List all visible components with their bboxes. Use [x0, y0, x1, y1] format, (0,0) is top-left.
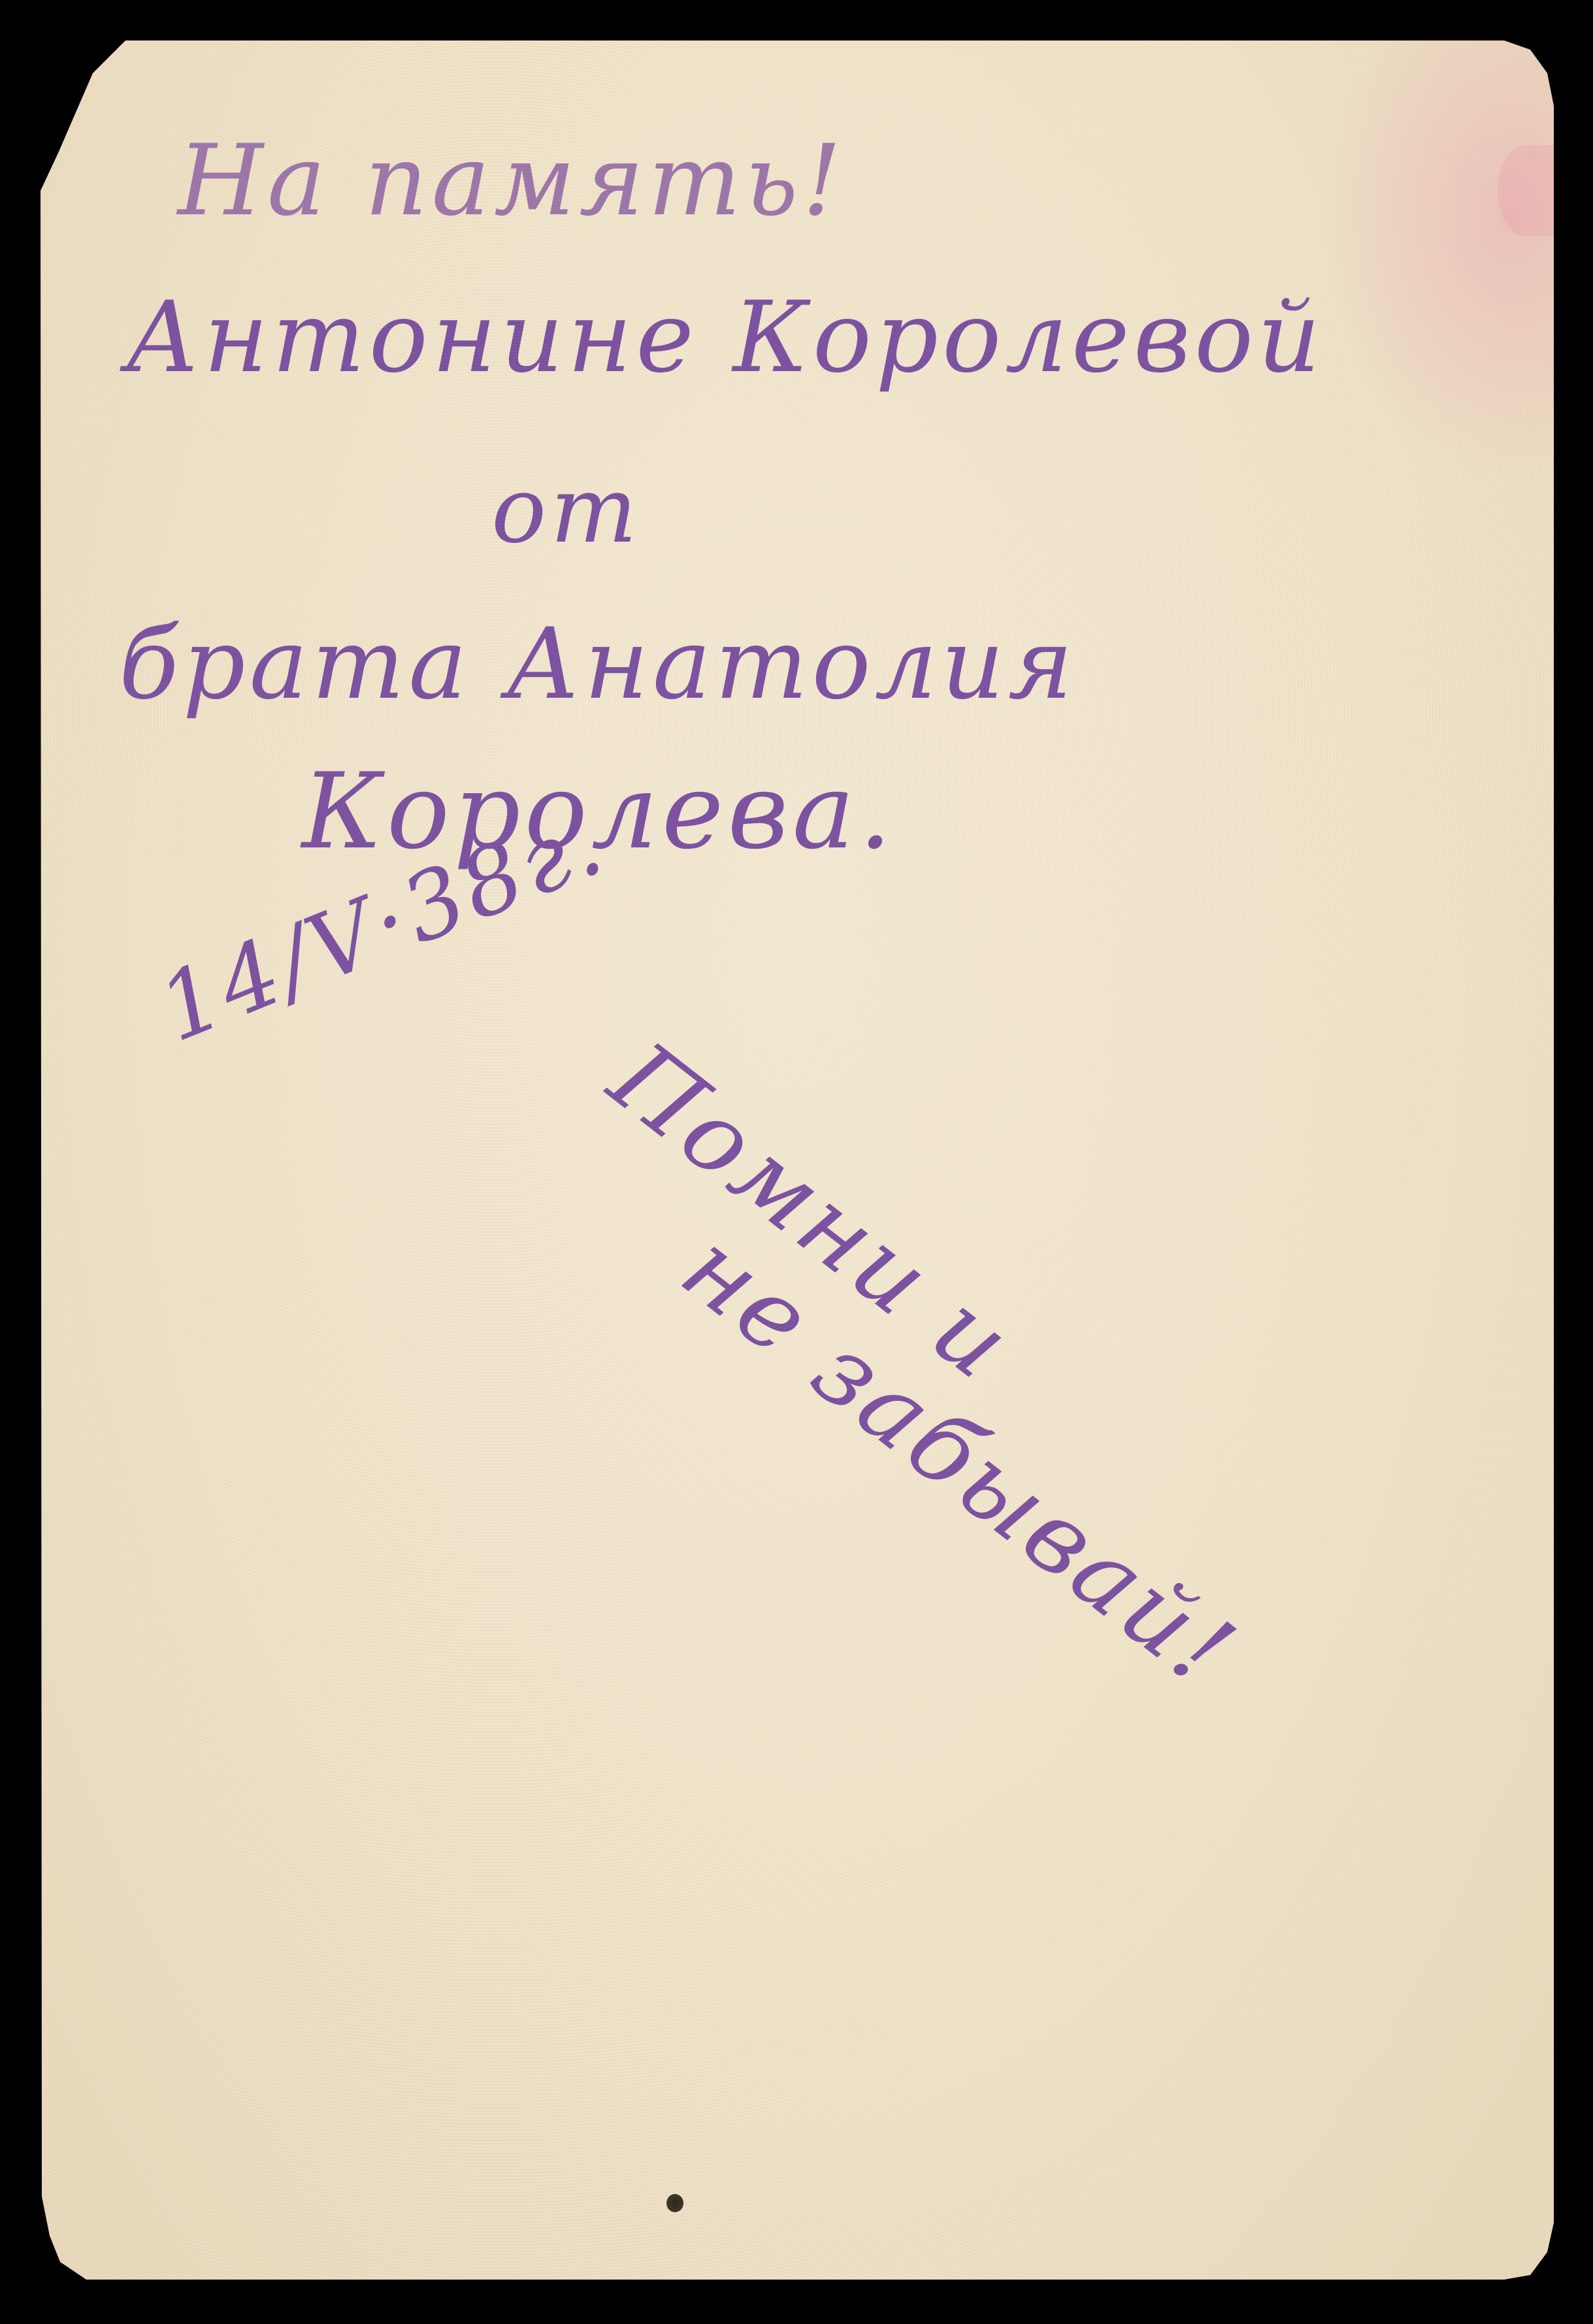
- pink-stain: [1498, 145, 1554, 237]
- inscription-recipient: Антонине Королевой: [125, 289, 1324, 387]
- inscription-from: от: [491, 465, 641, 557]
- pin-hole-mark: [666, 2194, 683, 2212]
- inscription-sender: брата Анатолия: [119, 615, 1077, 713]
- photo-card-back: На память! Антонине Королевой от брата А…: [41, 41, 1554, 2280]
- inscription-heading: На память!: [178, 132, 846, 230]
